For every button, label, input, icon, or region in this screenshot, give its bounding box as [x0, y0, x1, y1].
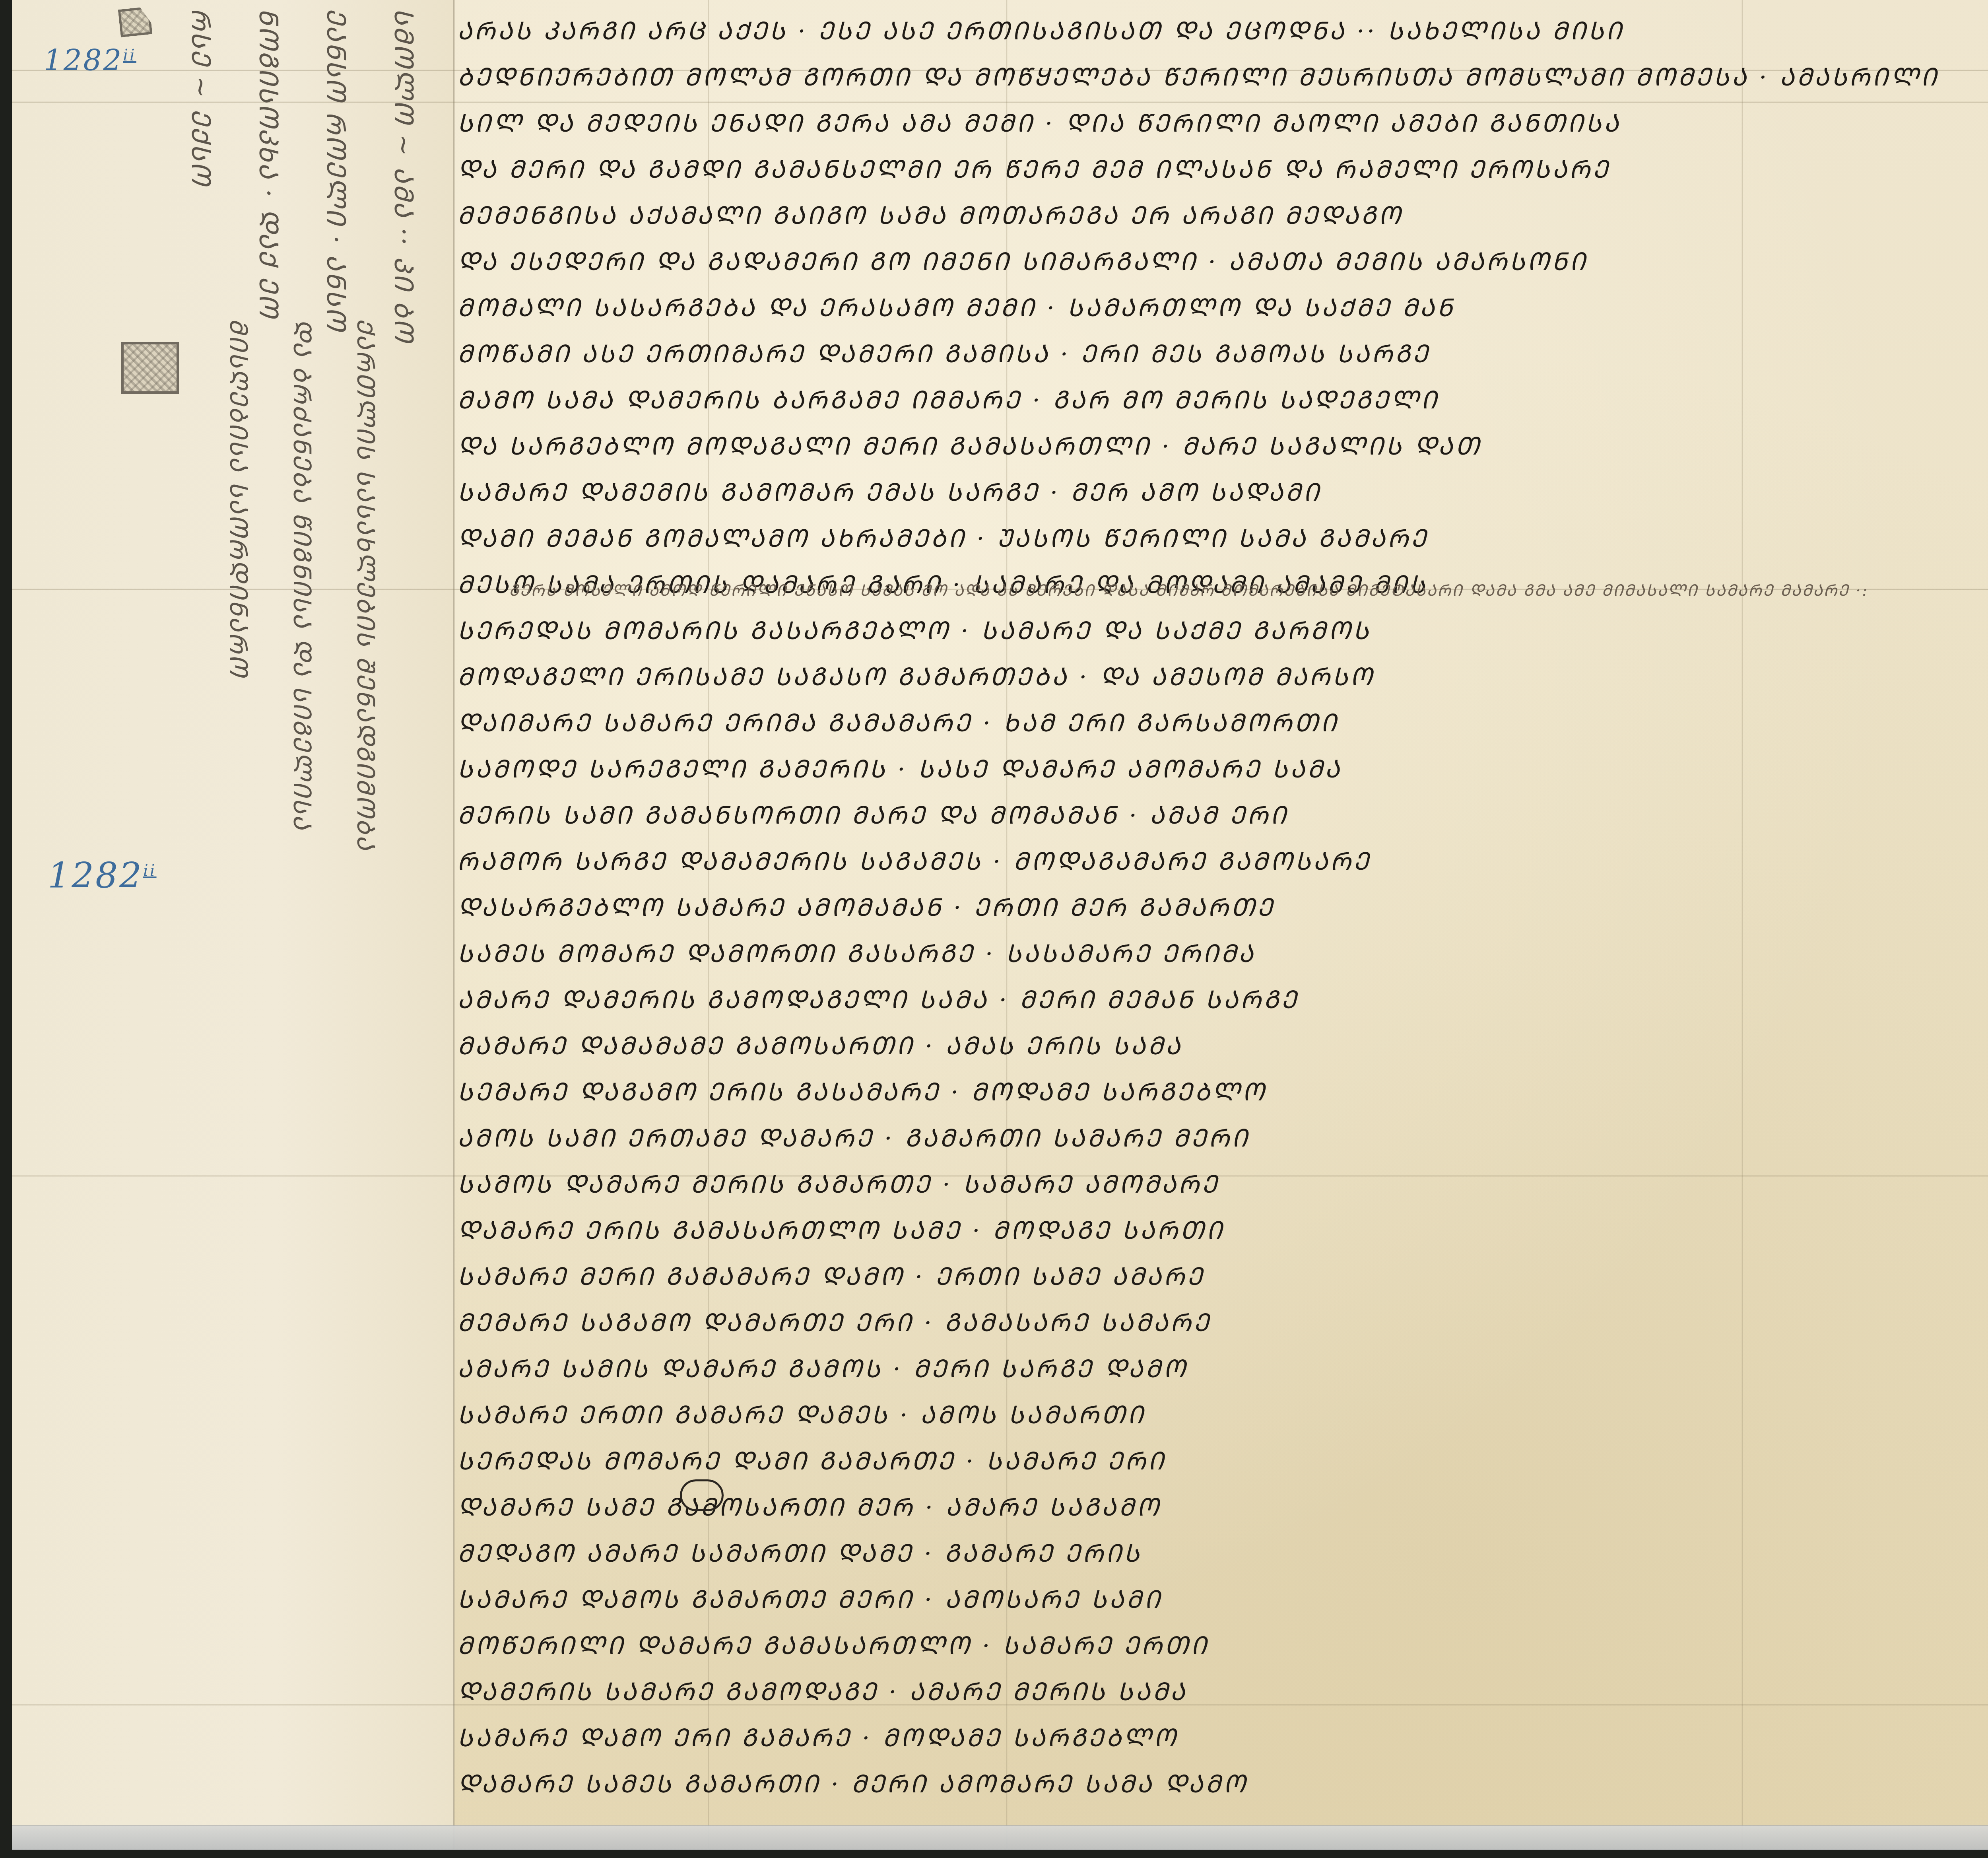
margin-note-line: ᲥᲐᲠᲗᲚᲘᲡ ᲡᲐᲡᲐᲮᲚᲔᲑᲘᲡ ᲨᲔᲜᲐᲓᲒᲘᲛᲝᲑᲐ: [334, 318, 398, 1074]
margin-annotations-lower: ᲥᲐᲠᲗᲚᲘᲡ ᲡᲐᲡᲐᲮᲚᲔᲑᲘᲡ ᲨᲔᲜᲐᲓᲒᲘᲛᲝᲑᲐ ᲓᲐ ᲑᲠᲫᲐᲜᲔ…: [207, 318, 398, 1074]
interlinear-note: ᲒᲔᲠᲡ ᲛᲝᲡᲔᲚᲘ ᲐᲛᲝᲓ ᲬᲔᲠᲘᲚᲘ ᲔᲜᲐᲡᲝ ᲡᲐᲛᲐᲡ ᲛᲝ Ა…: [509, 579, 1988, 602]
text-line: ᲐᲠᲐᲡ ᲙᲐᲠᲒᲘ ᲐᲠᲪ ᲐᲥᲔᲡ · ᲔᲡᲔ ᲐᲡᲔ ᲔᲠᲗᲘᲡᲐᲒᲘᲡᲐ…: [457, 8, 1988, 54]
text-line: ᲛᲝᲛᲐᲚᲘ ᲡᲐᲡᲐᲠᲒᲔᲑᲐ ᲓᲐ ᲔᲠᲐᲡᲐᲛᲝ ᲛᲔᲛᲘ · ᲡᲐᲛᲐᲠ…: [457, 285, 1988, 331]
text-line: ᲡᲔᲠᲔᲓᲐᲡ ᲛᲝᲛᲐᲠᲔ ᲓᲐᲛᲘ ᲒᲐᲛᲐᲠᲗᲔ · ᲡᲐᲛᲐᲠᲔ ᲔᲠᲘ: [457, 1438, 1988, 1484]
fold-line: [453, 0, 455, 1849]
text-line: ᲛᲝᲬᲐᲛᲘ ᲐᲡᲔ ᲔᲠᲗᲘᲛᲐᲠᲔ ᲓᲐᲛᲔᲠᲘ ᲒᲐᲛᲘᲡᲐ · ᲔᲠᲘ …: [457, 331, 1988, 377]
text-line: ᲐᲛᲐᲠᲔ ᲓᲐᲛᲔᲠᲘᲡ ᲒᲐᲛᲝᲓᲐᲒᲔᲚᲘ ᲡᲐᲛᲐ · ᲛᲔᲠᲘ ᲛᲔᲛ…: [457, 977, 1988, 1023]
text-line: ᲛᲝᲓᲐᲒᲔᲚᲘ ᲔᲠᲘᲡᲐᲛᲔ ᲡᲐᲒᲐᲡᲝ ᲒᲐᲛᲐᲠᲗᲔᲑᲐ · ᲓᲐ Ა…: [457, 654, 1988, 700]
text-line: ᲡᲐᲛᲔᲡ ᲛᲝᲛᲐᲠᲔ ᲓᲐᲛᲝᲠᲗᲘ ᲒᲐᲡᲐᲠᲒᲔ · ᲡᲐᲡᲐᲛᲐᲠᲔ …: [457, 931, 1988, 977]
text-line: ᲡᲐᲛᲐᲠᲔ ᲓᲐᲛᲝ ᲔᲠᲘ ᲒᲐᲛᲐᲠᲔ · ᲛᲝᲓᲐᲛᲔ ᲡᲐᲠᲒᲔᲑᲚᲝ: [457, 1715, 1988, 1761]
text-line: ᲡᲐᲛᲐᲠᲔ ᲓᲐᲛᲔᲛᲘᲡ ᲒᲐᲛᲝᲛᲐᲠ ᲔᲛᲐᲡ ᲡᲐᲠᲒᲔ · ᲛᲔᲠ …: [457, 469, 1988, 515]
text-line: ᲡᲘᲚ ᲓᲐ ᲛᲔᲓᲔᲘᲡ ᲔᲜᲐᲓᲘ ᲒᲔᲠᲐ ᲐᲛᲐ ᲛᲔᲛᲘ · ᲓᲘᲐ …: [457, 100, 1988, 146]
text-line: ᲓᲐᲡᲐᲠᲒᲔᲑᲚᲝ ᲡᲐᲛᲐᲠᲔ ᲐᲛᲝᲛᲐᲛᲐᲜ · ᲔᲠᲗᲘ ᲛᲔᲠ ᲒᲐ…: [457, 884, 1988, 931]
text-line: ᲡᲐᲛᲐᲠᲔ ᲔᲠᲗᲘ ᲒᲐᲛᲐᲠᲔ ᲓᲐᲛᲔᲡ · ᲐᲛᲝᲡ ᲡᲐᲛᲐᲠᲗᲘ: [457, 1392, 1988, 1438]
text-line: ᲑᲔᲓᲜᲘᲔᲠᲔᲑᲘᲗ ᲛᲝᲚᲐᲛ ᲒᲝᲠᲗᲘ ᲓᲐ ᲛᲝᲬᲧᲔᲚᲔᲑᲐ ᲬᲔᲠ…: [457, 54, 1988, 100]
text-line: ᲐᲛᲝᲡ ᲡᲐᲛᲘ ᲔᲠᲗᲐᲛᲔ ᲓᲐᲛᲐᲠᲔ · ᲒᲐᲛᲐᲠᲗᲘ ᲡᲐᲛᲐᲠᲔ…: [457, 1115, 1988, 1161]
text-line: ᲓᲐ ᲛᲔᲠᲘ ᲓᲐ ᲒᲐᲛᲓᲘ ᲒᲐᲛᲐᲜᲡᲔᲚᲛᲘ ᲔᲠ ᲬᲔᲠᲔ ᲛᲔᲛ …: [457, 146, 1988, 192]
text-line: ᲛᲐᲛᲝ ᲡᲐᲛᲐ ᲓᲐᲛᲔᲠᲘᲡ ᲑᲐᲠᲒᲐᲛᲔ ᲘᲛᲛᲐᲠᲔ · ᲒᲐᲠ Მ…: [457, 377, 1988, 423]
text-line: ᲓᲐᲘᲛᲐᲠᲔ ᲡᲐᲛᲐᲠᲔ ᲔᲠᲘᲛᲐ ᲒᲐᲛᲐᲛᲐᲠᲔ · ᲮᲐᲛ ᲔᲠᲘ …: [457, 700, 1988, 746]
text-line: ᲛᲝᲬᲔᲠᲘᲚᲘ ᲓᲐᲛᲐᲠᲔ ᲒᲐᲛᲐᲡᲐᲠᲗᲚᲝ · ᲡᲐᲛᲐᲠᲔ ᲔᲠᲗᲘ: [457, 1623, 1988, 1669]
text-line: ᲡᲐᲛᲝᲓᲔ ᲡᲐᲠᲔᲒᲔᲚᲘ ᲒᲐᲛᲔᲠᲘᲡ · ᲡᲐᲡᲔ ᲓᲐᲛᲐᲠᲔ ᲐᲛ…: [457, 746, 1988, 792]
text-line: ᲓᲐᲛᲐᲠᲔ ᲡᲐᲛᲔᲡ ᲒᲐᲛᲐᲠᲗᲘ · ᲛᲔᲠᲘ ᲐᲛᲝᲛᲐᲠᲔ ᲡᲐᲛᲐ…: [457, 1761, 1988, 1807]
text-line: ᲐᲛᲐᲠᲔ ᲡᲐᲛᲘᲡ ᲓᲐᲛᲐᲠᲔ ᲒᲐᲛᲝᲡ · ᲛᲔᲠᲘ ᲡᲐᲠᲒᲔ ᲓᲐ…: [457, 1346, 1988, 1392]
text-line: ᲓᲐᲛᲔᲠᲘᲡ ᲡᲐᲛᲐᲠᲔ ᲒᲐᲛᲝᲓᲐᲒᲔ · ᲐᲛᲐᲠᲔ ᲛᲔᲠᲘᲡ ᲡᲐ…: [457, 1669, 1988, 1715]
text-line: ᲡᲔᲠᲔᲓᲐᲡ ᲛᲝᲛᲐᲠᲘᲡ ᲒᲐᲡᲐᲠᲒᲔᲑᲚᲝ · ᲡᲐᲛᲐᲠᲔ ᲓᲐ Ს…: [457, 608, 1988, 654]
bottom-tissue-repair: [12, 1825, 1988, 1850]
letter-body: ᲐᲠᲐᲡ ᲙᲐᲠᲒᲘ ᲐᲠᲪ ᲐᲥᲔᲡ · ᲔᲡᲔ ᲐᲡᲔ ᲔᲠᲗᲘᲡᲐᲒᲘᲡᲐ…: [457, 8, 1988, 1807]
catalogue-number: 1282ii: [48, 855, 157, 896]
text-line: ᲡᲐᲛᲐᲠᲔ ᲛᲔᲠᲘ ᲒᲐᲛᲐᲛᲐᲠᲔ ᲓᲐᲛᲝ · ᲔᲠᲗᲘ ᲡᲐᲛᲔ ᲐᲛ…: [457, 1254, 1988, 1300]
text-line: ᲓᲐ ᲔᲡᲔᲓᲔᲠᲘ ᲓᲐ ᲒᲐᲓᲐᲛᲔᲠᲘ ᲒᲝ ᲘᲛᲔᲜᲘ ᲡᲘᲛᲐᲠᲒᲐᲚ…: [457, 239, 1988, 285]
text-line: ᲛᲐᲛᲐᲠᲔ ᲓᲐᲛᲐᲛᲐᲛᲔ ᲒᲐᲛᲝᲡᲐᲠᲗᲘ · ᲐᲛᲐᲡ ᲔᲠᲘᲡ ᲡᲐ…: [457, 1023, 1988, 1069]
text-line: ᲡᲐᲛᲝᲡ ᲓᲐᲛᲐᲠᲔ ᲛᲔᲠᲘᲡ ᲒᲐᲛᲐᲠᲗᲔ · ᲡᲐᲛᲐᲠᲔ ᲐᲛᲝᲛ…: [457, 1161, 1988, 1207]
text-line: ᲛᲔᲛᲔᲜᲒᲘᲡᲐ ᲐᲥᲐᲛᲐᲚᲘ ᲒᲐᲘᲒᲝ ᲡᲐᲛᲐ ᲛᲝᲗᲐᲠᲔᲒᲐ ᲔᲠ…: [457, 192, 1988, 239]
margin-note-line: ᲛᲘᲡᲦᲔᲑᲘᲡᲐ ᲡᲐᲝᲠᲓᲘᲜᲐᲠᲝ: [207, 318, 270, 1074]
text-line: ᲡᲔᲛᲐᲠᲔ ᲓᲐᲒᲐᲛᲝ ᲔᲠᲘᲡ ᲒᲐᲡᲐᲛᲐᲠᲔ · ᲛᲝᲓᲐᲛᲔ ᲡᲐᲠ…: [457, 1069, 1988, 1115]
text-line: ᲓᲐᲛᲐᲠᲔ ᲔᲠᲘᲡ ᲒᲐᲛᲐᲡᲐᲠᲗᲚᲝ ᲡᲐᲛᲔ · ᲛᲝᲓᲐᲒᲔ ᲡᲐᲠ…: [457, 1207, 1988, 1254]
text-line: ᲛᲔᲠᲘᲡ ᲡᲐᲛᲘ ᲒᲐᲛᲐᲜᲡᲝᲠᲗᲘ ᲛᲐᲠᲔ ᲓᲐ ᲛᲝᲛᲐᲛᲐᲜ · …: [457, 792, 1988, 838]
text-line: ᲓᲐ ᲡᲐᲠᲒᲔᲑᲚᲝ ᲛᲝᲓᲐᲒᲐᲚᲘ ᲛᲔᲠᲘ ᲒᲐᲛᲐᲡᲐᲠᲗᲚᲘ · Მ…: [457, 423, 1988, 469]
text-line: ᲡᲐᲛᲐᲠᲔ ᲓᲐᲛᲝᲡ ᲒᲐᲛᲐᲠᲗᲔ ᲛᲔᲠᲘ · ᲐᲛᲝᲡᲐᲠᲔ ᲡᲐᲛᲘ: [457, 1576, 1988, 1623]
inline-signature-mark-icon: [680, 1479, 724, 1511]
text-line: ᲠᲐᲛᲝᲠ ᲡᲐᲠᲒᲔ ᲓᲐᲛᲐᲛᲔᲠᲘᲡ ᲡᲐᲒᲐᲛᲔᲡ · ᲛᲝᲓᲐᲒᲐᲛᲐ…: [457, 838, 1988, 884]
margin-note-line: ᲓᲐ ᲑᲠᲫᲐᲜᲔᲑᲐ ᲬᲘᲒᲜᲘᲡᲐ ᲓᲐ ᲡᲘᲒᲔᲚᲘᲡᲐ: [270, 318, 334, 1074]
text-line: ᲛᲔᲛᲐᲠᲔ ᲡᲐᲒᲐᲛᲝ ᲓᲐᲛᲐᲠᲗᲔ ᲔᲠᲘ · ᲒᲐᲛᲐᲡᲐᲠᲔ ᲡᲐᲛ…: [457, 1300, 1988, 1346]
text-line: ᲓᲐᲛᲘ ᲛᲔᲛᲐᲜ ᲒᲝᲛᲐᲚᲐᲛᲝ ᲐᲮᲠᲐᲛᲔᲑᲘ · ᲣᲐᲡᲝᲡ ᲬᲔᲠ…: [457, 515, 1988, 562]
text-line: ᲛᲔᲓᲐᲒᲝ ᲐᲛᲐᲠᲔ ᲡᲐᲛᲐᲠᲗᲘ ᲓᲐᲛᲔ · ᲒᲐᲛᲐᲠᲔ ᲔᲠᲘᲡ: [457, 1530, 1988, 1576]
